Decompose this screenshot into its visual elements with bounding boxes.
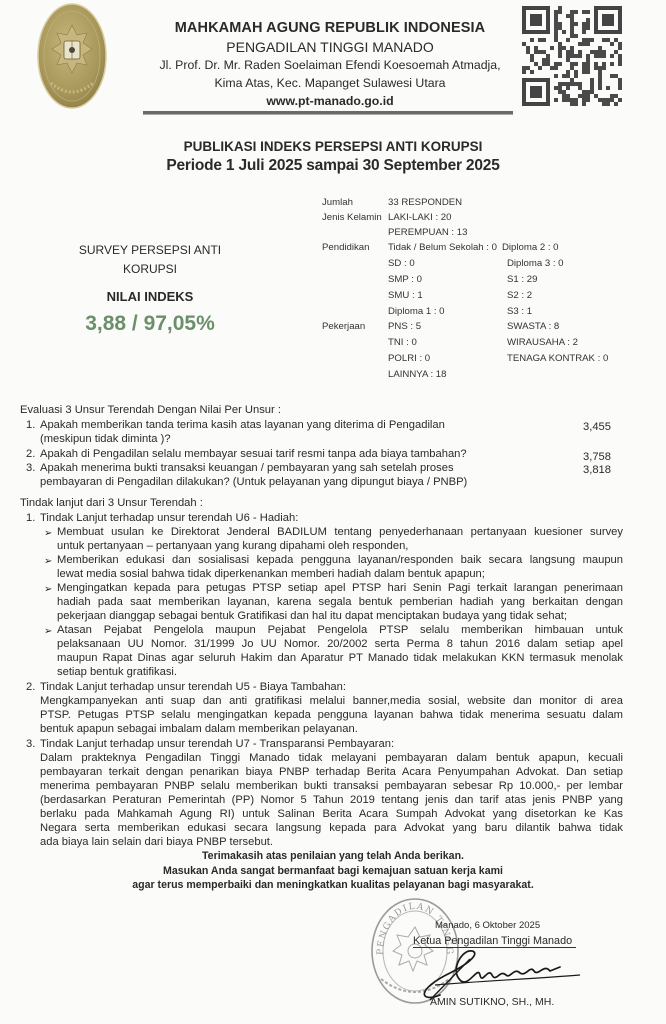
education-item: S3 : 1 bbox=[507, 306, 532, 317]
job-item: TNI : 0 bbox=[388, 337, 417, 348]
followup-bullet-line: Membuat usulan ke Direktorat Jenderal BA… bbox=[57, 526, 623, 538]
job-item: TENAGA KONTRAK : 0 bbox=[507, 353, 608, 364]
followup-number: 2. bbox=[26, 681, 35, 693]
survey-title-line-1: SURVEY PERSEPSI ANTI bbox=[50, 243, 250, 257]
followup-bullet-line: untuk pertanyaan – pertanyaan yang kuran… bbox=[57, 540, 408, 552]
index-value: 3,88 / 97,05% bbox=[40, 312, 260, 336]
court-name: PENGADILAN TINGGI MANADO bbox=[140, 39, 520, 55]
followup-u7-line: (berdasarkan Peraturan Pemerintah (PP) N… bbox=[40, 794, 623, 806]
job-label: Pekerjaan bbox=[322, 321, 365, 332]
followup-u7-title: Tindak Lanjut terhadap unsur terendah U7… bbox=[40, 738, 394, 750]
gender-female: PEREMPUAN : 13 bbox=[388, 227, 467, 238]
document-period: Periode 1 Juli 2025 sampai 30 September … bbox=[0, 157, 666, 175]
closing-line-3: agar terus memperbaiki dan meningkatkan … bbox=[100, 879, 566, 891]
job-item: POLRI : 0 bbox=[388, 353, 430, 364]
closing-line-2: Masukan Anda sangat bermanfaat bagi kema… bbox=[100, 865, 566, 877]
job-item: SWASTA : 8 bbox=[507, 321, 559, 332]
evaluation-item-question: pembayaran di Pengadilan dilakukan? (Unt… bbox=[40, 476, 467, 488]
followup-bullet-line: pekerjaan dianggap sebagai bentuk Gratif… bbox=[57, 610, 567, 622]
followup-bullet-line: Mengingatkan kepada para petugas PTSP se… bbox=[57, 582, 623, 594]
mahkamah-agung-emblem-icon bbox=[37, 3, 107, 109]
arrow-bullet-icon: ➢ bbox=[44, 528, 52, 539]
evaluation-item-number: 1. bbox=[26, 419, 35, 431]
arrow-bullet-icon: ➢ bbox=[44, 556, 52, 567]
survey-title-line-2: KORUPSI bbox=[50, 262, 250, 276]
website-link[interactable]: www.pt-manado.go.id bbox=[140, 94, 520, 108]
followup-number: 1. bbox=[26, 512, 35, 524]
jumlah-value: 33 RESPONDEN bbox=[388, 197, 462, 208]
followup-u6-title: Tindak Lanjut terhadap unsur terendah U6… bbox=[40, 512, 298, 524]
evaluation-item-score: 3,818 bbox=[583, 464, 611, 476]
followup-u5-line: PTSP. Petugas PTSP selalu mengingatkan k… bbox=[40, 709, 623, 721]
followup-bullet-line: pelaksanaan UU Nomor. 31/1999 Jo UU Nomo… bbox=[57, 638, 623, 650]
arrow-bullet-icon: ➢ bbox=[44, 584, 52, 595]
followup-bullet-line: Atasan Pejabat Pengelola maupun Pejabat … bbox=[57, 624, 623, 636]
gender-label: Jenis Kelamin bbox=[322, 212, 382, 223]
followup-heading: Tindak lanjut dari 3 Unsur Terendah : bbox=[20, 497, 203, 509]
job-item: WIRAUSAHA : 2 bbox=[507, 337, 578, 348]
job-item: PNS : 5 bbox=[388, 321, 421, 332]
education-item: S1 : 29 bbox=[507, 274, 537, 285]
address-line-2: Kima Atas, Kec. Mapanget Sulawesi Utara bbox=[140, 76, 520, 90]
evaluation-heading: Evaluasi 3 Unsur Terendah Dengan Nilai P… bbox=[20, 404, 281, 416]
education-item: Tidak / Belum Sekolah : 0 bbox=[388, 242, 497, 253]
document-title: PUBLIKASI INDEKS PERSEPSI ANTI KORUPSI bbox=[0, 139, 666, 154]
followup-u7-line: menerima pembayaran PNBP selalu memberik… bbox=[40, 780, 623, 792]
signatory-name: AMIN SUTIKNO, SH., MH. bbox=[430, 996, 554, 1008]
followup-u5-line: Mengkampanyekan anti suap dan anti grati… bbox=[40, 695, 623, 707]
evaluation-item-question: Apakah memberikan tanda terima kasih ata… bbox=[40, 419, 445, 431]
followup-u7-line: pembayaran terkait dengan penarikan biay… bbox=[40, 766, 623, 778]
education-item: Diploma 3 : 0 bbox=[507, 258, 564, 269]
followup-number: 3. bbox=[26, 738, 35, 750]
arrow-bullet-icon: ➢ bbox=[44, 626, 52, 637]
education-item: S2 : 2 bbox=[507, 290, 532, 301]
evaluation-item-question: Apakah menerima bukti transaksi keuangan… bbox=[40, 462, 454, 474]
education-item: Diploma 2 : 0 bbox=[502, 242, 559, 253]
header-divider bbox=[143, 111, 513, 115]
followup-u7-line: berlaku pada Mahkamah Agung RI) untuk Sa… bbox=[40, 808, 623, 820]
gender-male: LAKI-LAKI : 20 bbox=[388, 212, 451, 223]
job-item: LAINNYA : 18 bbox=[388, 369, 446, 380]
evaluation-item-score: 3,455 bbox=[583, 421, 611, 433]
handwritten-signature-icon bbox=[410, 945, 590, 1003]
followup-u7-line: Negara serta memberikan edukasi secara l… bbox=[40, 822, 623, 834]
evaluation-item-question: (meskipun tidak diminta )? bbox=[40, 433, 171, 445]
jumlah-label: Jumlah bbox=[322, 197, 353, 208]
education-item: Diploma 1 : 0 bbox=[388, 306, 445, 317]
followup-u7-line: Dalam prakteknya Pengadilan Tinggi Manad… bbox=[40, 752, 623, 764]
followup-u5-line: bentuk apapun sebagai imbalam dalam memb… bbox=[40, 723, 358, 735]
followup-bullet-line: Memberikan edukasi dan sosialisasi kepad… bbox=[57, 554, 623, 566]
followup-bullet-line: setiap bentuk gratifikasi. bbox=[57, 666, 177, 678]
followup-bullet-line: maupun Rapat Dinas agar seluruh Hakim da… bbox=[57, 652, 623, 664]
qr-code-icon bbox=[522, 6, 622, 106]
organization-name: MAHKAMAH AGUNG REPUBLIK INDONESIA bbox=[140, 20, 520, 36]
evaluation-item-number: 2. bbox=[26, 448, 35, 460]
evaluation-item-question: Apakah di Pengadilan selalu membayar ses… bbox=[40, 448, 467, 460]
education-label: Pendidikan bbox=[322, 242, 369, 253]
evaluation-item-score: 3,758 bbox=[583, 451, 611, 463]
followup-bullet-line: hadiah pada saat memberikan layanan, kar… bbox=[57, 596, 623, 608]
followup-u7-line: ada biaya lain selain dari biaya PNBP te… bbox=[40, 836, 273, 848]
index-label: NILAI INDEKS bbox=[50, 289, 250, 304]
followup-u5-title: Tindak Lanjut terhadap unsur terendah U5… bbox=[40, 681, 346, 693]
followup-bullet-line: lewat media sosial bahwa tidak diperkena… bbox=[57, 568, 485, 580]
education-item: SMP : 0 bbox=[388, 274, 422, 285]
evaluation-item-number: 3. bbox=[26, 462, 35, 474]
education-item: SMU : 1 bbox=[388, 290, 423, 301]
address-line-1: Jl. Prof. Dr. Mr. Raden Soelaiman Efendi… bbox=[140, 58, 520, 72]
closing-line-1: Terimakasih atas penilaian yang telah An… bbox=[100, 850, 566, 862]
signature-place-date: Manado, 6 Oktober 2025 bbox=[435, 920, 540, 931]
education-item: SD : 0 bbox=[388, 258, 415, 269]
